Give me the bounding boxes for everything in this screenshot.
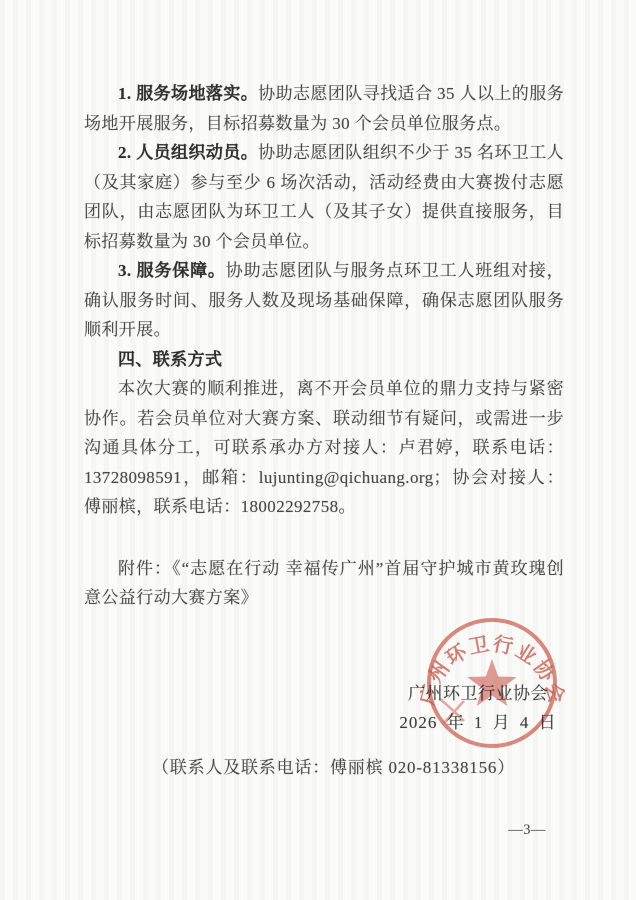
attachment-line: 附件：《“志愿在行动 幸福传广州”首届守护城市黄玫瑰创意公益行动大赛方案》 (84, 554, 564, 612)
paragraph-personnel: 2. 人员组织动员。协助志愿团队组织不少于 35 名环卫工人（及其家庭）参与至少… (84, 138, 564, 256)
official-seal-stamp: 广州环卫行业协会 (420, 611, 565, 756)
section-heading-contact: 四、联系方式 (84, 345, 564, 375)
paragraph-personnel-lead: 2. 人员组织动员。 (118, 143, 258, 162)
seal-ink-smudge (440, 699, 464, 723)
paragraph-service-support-lead: 3. 服务保障。 (118, 261, 226, 280)
paragraph-contact-info: 本次大赛的顺利推进，离不开会员单位的鼎力支持与紧密协作。若会员单位对大赛方案、联… (84, 374, 564, 522)
document-body: 1. 服务场地落实。协助志愿团队寻找适合 35 人以上的服务场地开展服务，目标招… (84, 79, 564, 522)
document-page: 1. 服务场地落实。协助志愿团队寻找适合 35 人以上的服务场地开展服务，目标招… (0, 0, 636, 900)
footer-contact-note: （联系人及联系电话：傅丽槟 020-81338156） (152, 753, 515, 778)
seal-star-icon (467, 659, 516, 706)
paragraph-service-support: 3. 服务保障。协助志愿团队与服务点环卫工人班组对接，确认服务时间、服务人数及现… (84, 256, 564, 345)
paragraph-service-site: 1. 服务场地落实。协助志愿团队寻找适合 35 人以上的服务场地开展服务，目标招… (84, 79, 564, 138)
paragraph-service-site-lead: 1. 服务场地落实。 (118, 84, 258, 103)
page-number: —3— (508, 822, 546, 839)
